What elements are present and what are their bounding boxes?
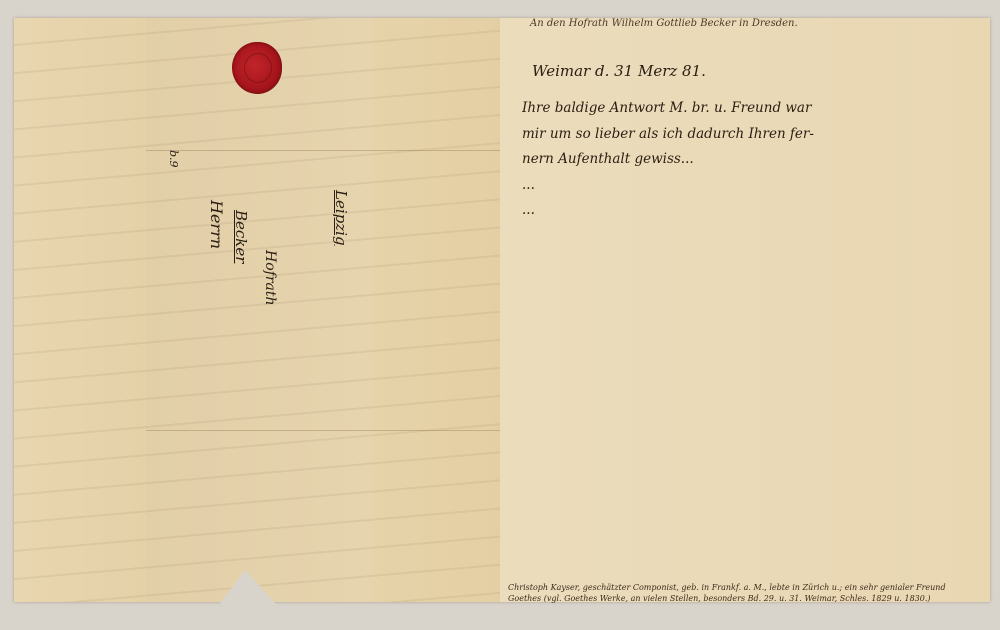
corner-mark: b.9 xyxy=(167,150,180,168)
letter-body: Ihre baldige Antwort M. br. u. Freund wa… xyxy=(522,96,972,224)
left-panel xyxy=(14,18,147,602)
address-line: Leipzig xyxy=(332,190,350,246)
recipient-line: An den Hofrath Wilhelm Gottlieb Becker i… xyxy=(530,18,798,29)
annotation-line: Goethes (vgl. Goethes Werke, an vielen S… xyxy=(508,593,988,604)
address-block: b.9 Herrn Becker Hofrath Leipzig xyxy=(160,150,370,430)
dateline: Weimar d. 31 Merz 81. xyxy=(532,62,706,80)
archival-annotation: Christoph Kayser, geschätzter Componist,… xyxy=(508,582,988,604)
middle-panel xyxy=(372,18,501,602)
wax-seal xyxy=(232,42,282,94)
body-line: Ihre baldige Antwort M. br. u. Freund wa… xyxy=(522,96,972,122)
annotation-line: Christoph Kayser, geschätzter Componist,… xyxy=(508,582,988,593)
body-line: ... xyxy=(522,198,972,224)
body-line: mir um so lieber als ich dadurch Ihren f… xyxy=(522,122,972,148)
seal-impression xyxy=(244,53,272,83)
body-line: ... xyxy=(522,173,972,199)
body-line: nern Aufenthalt gewiss... xyxy=(522,147,972,173)
address-line: Hofrath xyxy=(262,250,278,306)
address-line: Herrn xyxy=(207,200,226,249)
fold-line xyxy=(146,430,500,431)
address-line: Becker xyxy=(232,210,250,263)
